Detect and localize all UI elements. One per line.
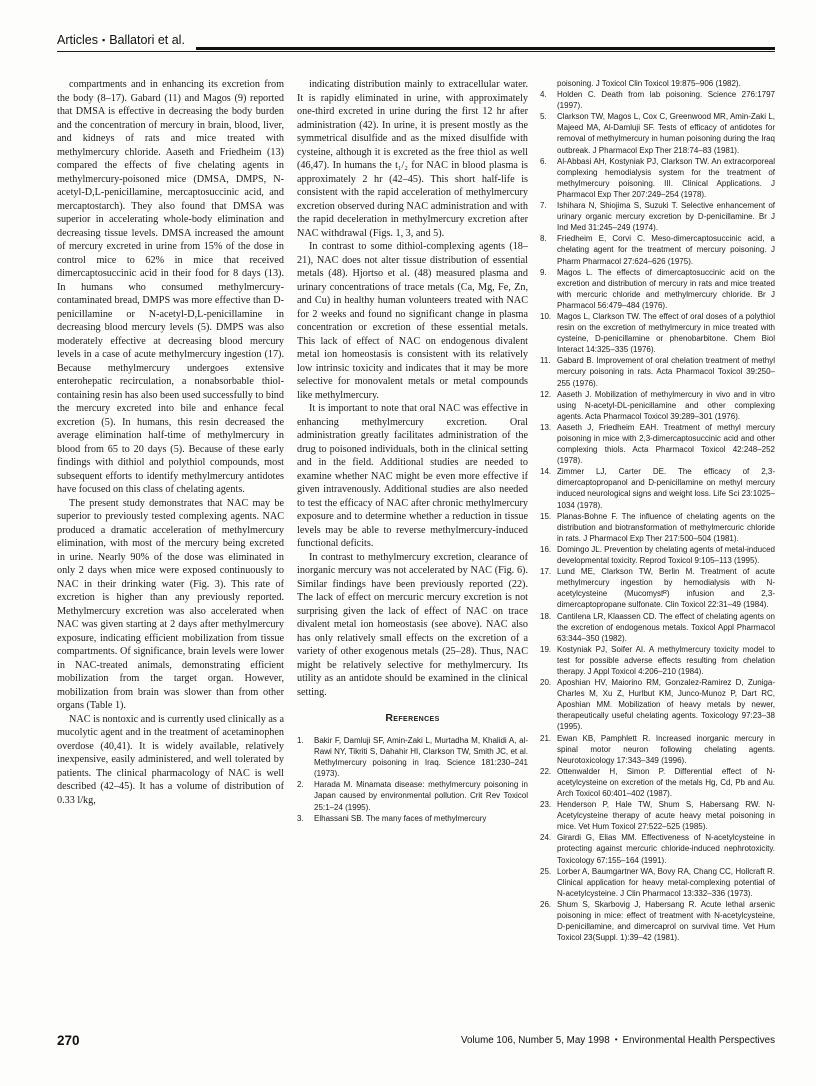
reference-item: 15.Planas-Bohne F. The influence of chel… (540, 511, 775, 544)
reference-number: 12. (540, 389, 551, 400)
journal-footer-line: Volume 106, Number 5, May 1998•Environme… (461, 1035, 775, 1046)
reference-item: 20.Aposhian HV, Maiorino RM, Gonzalez-Ra… (540, 677, 775, 732)
reference-item: 10.Magos L, Clarkson TW. The effect of o… (540, 311, 775, 355)
reference-item: 21.Ewan KB, Pamphlett R. Increased inorg… (540, 733, 775, 766)
text-column-1: compartments and in enhancing its excret… (57, 78, 284, 1020)
reference-text: Zimmer LJ, Carter DE. The efficacy of 2,… (557, 467, 775, 509)
reference-number: 21. (540, 733, 551, 744)
reference-item: 23.Henderson P, Hale TW, Shum S, Habersa… (540, 799, 775, 832)
issue-info: Volume 106, Number 5, May 1998 (461, 1035, 610, 1046)
reference-item: 1.Bakir F, Damluji SF, Amin-Zaki L, Murt… (297, 735, 528, 779)
reference-text: Harada M. Minamata disease: methylmercur… (314, 780, 528, 811)
reference-text: Lund ME, Clarkson TW, Berlin M. Treatmen… (557, 567, 775, 609)
reference-item: 17.Lund ME, Clarkson TW, Berlin M. Treat… (540, 566, 775, 610)
reference-number: 13. (540, 422, 551, 433)
body-paragraph: It is important to note that oral NAC wa… (297, 402, 528, 551)
reference-text: Elhassani SB. The many faces of methylme… (314, 814, 486, 823)
body-paragraph: compartments and in enhancing its excret… (57, 78, 284, 497)
reference-item: 22.Ottenwalder H, Simon P. Differential … (540, 766, 775, 799)
reference-number: 24. (540, 832, 551, 843)
reference-item: 7.Ishihara N, Shiojima S, Suzuki T. Sele… (540, 200, 775, 233)
reference-item: 11.Gabard B. Improvement of oral chelati… (540, 355, 775, 388)
reference-item: 8.Friedheim E, Corvi C. Meso-dimercaptos… (540, 233, 775, 266)
reference-text: Bakir F, Damluji SF, Amin-Zaki L, Murtad… (314, 736, 528, 778)
reference-number: 23. (540, 799, 551, 810)
reference-text: Ewan KB, Pamphlett R. Increased inorgani… (557, 734, 775, 765)
reference-item: 12.Aaseth J. Mobilization of methylmercu… (540, 389, 775, 422)
square-bullet-icon: ▪ (98, 35, 109, 45)
reference-text: Aaseth J, Friedheim EAH. Treatment of me… (557, 423, 775, 465)
paper-page: Articles▪Ballatori et al. compartments a… (0, 0, 816, 1086)
body-paragraph: In contrast to methylmercury excretion, … (297, 551, 528, 700)
page-number: 270 (57, 1033, 80, 1048)
reference-number: 17. (540, 566, 551, 577)
reference-text: Lorber A, Baumgartner WA, Bovy RA, Chang… (557, 867, 775, 898)
reference-text: Aaseth J. Mobilization of methylmercury … (557, 390, 775, 421)
reference-number: 19. (540, 644, 551, 655)
text-column-2: indicating distribution mainly to extrac… (297, 78, 528, 1020)
reference-number: 22. (540, 766, 551, 777)
reference-number: 6. (540, 156, 547, 167)
body-paragraph: The present study demonstrates that NAC … (57, 497, 284, 713)
reference-number: 25. (540, 866, 551, 877)
reference-number: 10. (540, 311, 551, 322)
journal-name: Environmental Health Perspectives (623, 1035, 775, 1046)
body-paragraph: NAC is nontoxic and is currently used cl… (57, 713, 284, 808)
reference-number: 9. (540, 267, 547, 278)
running-authors: Ballatori et al. (109, 33, 185, 47)
reference-item: 25.Lorber A, Baumgartner WA, Bovy RA, Ch… (540, 866, 775, 899)
reference-number: 20. (540, 677, 551, 688)
reference-item: poisoning. J Toxicol Clin Toxicol 19:875… (540, 78, 775, 89)
reference-text: Shum S, Skarbovig J, Habersang R. Acute … (557, 900, 775, 942)
reference-text: Al-Abbasi AH, Kostyniak PJ, Clarkson TW.… (557, 157, 775, 199)
reference-number: 26. (540, 899, 551, 910)
reference-number: 1. (297, 735, 304, 746)
reference-text: Gabard B. Improvement of oral chelation … (557, 356, 775, 387)
reference-item: 14.Zimmer LJ, Carter DE. The efficacy of… (540, 466, 775, 510)
reference-text: poisoning. J Toxicol Clin Toxicol 19:875… (557, 79, 741, 88)
text-column-3: poisoning. J Toxicol Clin Toxicol 19:875… (540, 78, 775, 1020)
reference-text: Domingo JL. Prevention by chelating agen… (557, 545, 775, 565)
reference-text: Clarkson TW, Magos L, Cox C, Greenwood M… (557, 112, 775, 154)
references-list-col2: 1.Bakir F, Damluji SF, Amin-Zaki L, Murt… (297, 735, 528, 824)
reference-text: Kostyniak PJ, Soifer AI. A methylmercury… (557, 645, 775, 676)
reference-number: 5. (540, 111, 547, 122)
reference-text: Planas-Bohne F. The influence of chelati… (557, 512, 775, 543)
reference-number: 3. (297, 813, 304, 824)
reference-number: 18. (540, 611, 551, 622)
reference-item: 6.Al-Abbasi AH, Kostyniak PJ, Clarkson T… (540, 156, 775, 200)
reference-item: 3.Elhassani SB. The many faces of methyl… (297, 813, 528, 824)
reference-text: Girardi G, Elias MM. Effectiveness of N-… (557, 833, 775, 864)
reference-text: Magos L. The effects of dimercaptosuccin… (557, 268, 775, 310)
reference-item: 18.Cantilena LR, Klaassen CD. The effect… (540, 611, 775, 644)
section-label: Articles (57, 33, 98, 47)
reference-item: 2.Harada M. Minamata disease: methylmerc… (297, 779, 528, 812)
reference-text: Ottenwalder H, Simon P. Differential eff… (557, 767, 775, 798)
reference-text: Ishihara N, Shiojima S, Suzuki T. Select… (557, 201, 775, 232)
reference-number: 11. (540, 355, 551, 366)
reference-number: 4. (540, 89, 547, 100)
reference-item: 26.Shum S, Skarbovig J, Habersang R. Acu… (540, 899, 775, 943)
reference-item: 19.Kostyniak PJ, Soifer AI. A methylmerc… (540, 644, 775, 677)
reference-number: 16. (540, 544, 551, 555)
references-heading: References (297, 712, 528, 724)
reference-text: Holden C. Death from lab poisoning. Scie… (557, 90, 775, 110)
reference-number: 8. (540, 233, 547, 244)
reference-text: Friedheim E, Corvi C. Meso-dimercaptosuc… (557, 234, 775, 265)
reference-text: Cantilena LR, Klaassen CD. The effect of… (557, 612, 775, 643)
reference-item: 5.Clarkson TW, Magos L, Cox C, Greenwood… (540, 111, 775, 155)
reference-item: 4.Holden C. Death from lab poisoning. Sc… (540, 89, 775, 111)
dot-separator-icon: • (610, 1035, 623, 1044)
reference-text: Aposhian HV, Maiorino RM, Gonzalez-Ramir… (557, 678, 775, 731)
reference-number: 14. (540, 466, 551, 477)
reference-item: 9.Magos L. The effects of dimercaptosucc… (540, 267, 775, 311)
reference-item: 13.Aaseth J, Friedheim EAH. Treatment of… (540, 422, 775, 466)
body-paragraph: In contrast to some dithiol-complexing a… (297, 240, 528, 402)
reference-number: 7. (540, 200, 547, 211)
reference-item: 24.Girardi G, Elias MM. Effectiveness of… (540, 832, 775, 865)
running-header: Articles▪Ballatori et al. (57, 33, 775, 47)
header-rule-thick (196, 47, 775, 50)
reference-number: 15. (540, 511, 551, 522)
reference-text: Henderson P, Hale TW, Shum S, Habersang … (557, 800, 775, 831)
reference-item: 16.Domingo JL. Prevention by chelating a… (540, 544, 775, 566)
header-rule-thin (57, 51, 775, 52)
body-paragraph: indicating distribution mainly to extrac… (297, 78, 528, 240)
reference-number: 2. (297, 779, 304, 790)
reference-text: Magos L, Clarkson TW. The effect of oral… (557, 312, 775, 354)
column-2-body: indicating distribution mainly to extrac… (297, 78, 528, 699)
